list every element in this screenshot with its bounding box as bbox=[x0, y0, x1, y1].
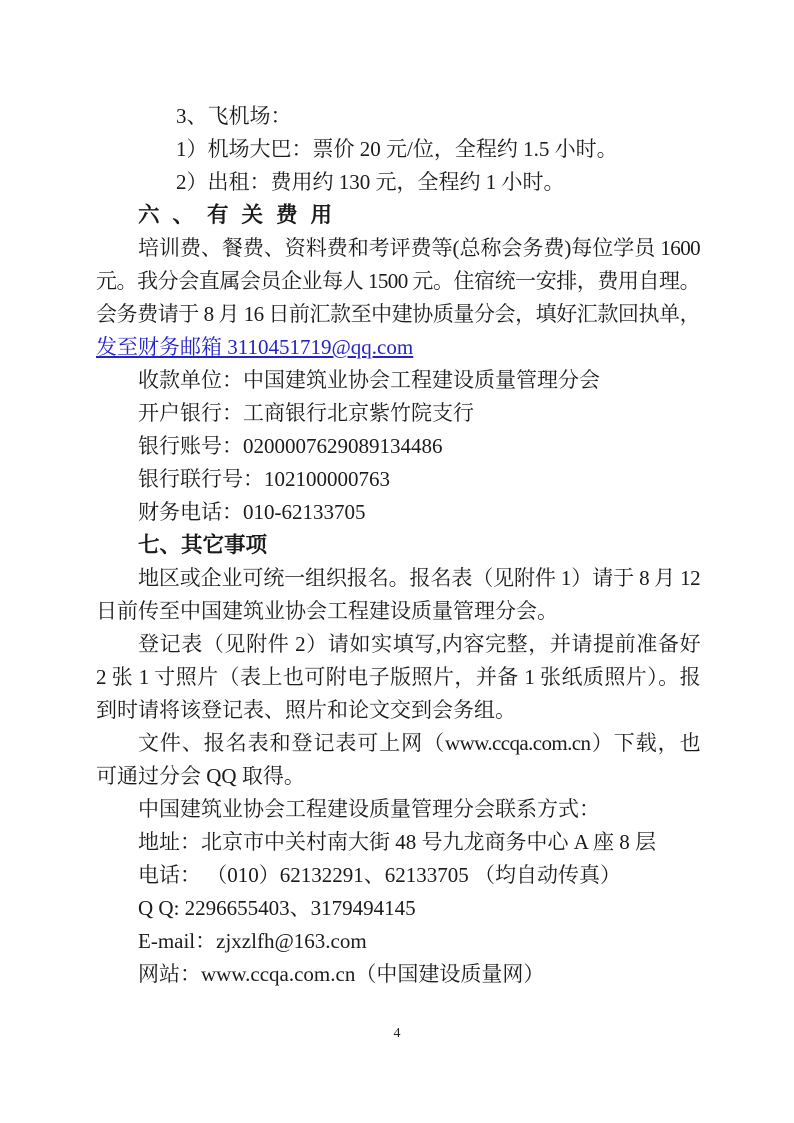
document-page: 3、飞机场： 1）机场大巴：票价 20 元/位，全程约 1.5 小时。 2）出租… bbox=[0, 0, 794, 1123]
bank-line: 开户银行：工商银行北京紫竹院支行 bbox=[96, 397, 700, 430]
registration-line-2: 日前传至中国建筑业协会工程建设质量管理分会。 bbox=[96, 595, 700, 628]
email-line: E-mail：zjxzlfh@163.com bbox=[96, 925, 700, 958]
page-number: 4 bbox=[0, 1024, 794, 1044]
download-line-1: 文件、报名表和登记表可上网（www.ccqa.com.cn）下载，也 bbox=[96, 727, 700, 760]
document-body: 3、飞机场： 1）机场大巴：票价 20 元/位，全程约 1.5 小时。 2）出租… bbox=[96, 100, 700, 991]
address-line: 地址：北京市中关村南大街 48 号九龙商务中心 A 座 8 层 bbox=[96, 826, 700, 859]
qq-line: Q Q: 2296655403、3179494145 bbox=[96, 892, 700, 925]
phone-line: 电话： （010）62132291、62133705 （均自动传真） bbox=[96, 859, 700, 892]
bank-code-line: 银行联行号：102100000763 bbox=[96, 463, 700, 496]
download-line-2: 可通过分会 QQ 取得。 bbox=[96, 760, 700, 793]
account-number-line: 银行账号：0200007629089134486 bbox=[96, 430, 700, 463]
fees-line-3: 会务费请于 8 月 16 日前汇款至中建协质量分会，填好汇款回执单， bbox=[96, 298, 700, 331]
form-line-1: 登记表（见附件 2）请如实填写,内容完整，并请提前准备好 bbox=[96, 628, 700, 661]
fees-line-2: 元。我分会直属会员企业每人 1500 元。住宿统一安排，费用自理。 bbox=[96, 265, 700, 298]
section-heading-other: 七、其它事项 bbox=[96, 529, 700, 562]
fees-line-1: 培训费、餐费、资料费和考评费等(总称会务费)每位学员 1600 bbox=[96, 232, 700, 265]
form-line-3: 到时请将该登记表、照片和论文交到会务组。 bbox=[96, 694, 700, 727]
airport-bus-line: 1）机场大巴：票价 20 元/位，全程约 1.5 小时。 bbox=[96, 133, 700, 166]
finance-phone-line: 财务电话：010-62133705 bbox=[96, 496, 700, 529]
airport-taxi-line: 2）出租：费用约 130 元，全程约 1 小时。 bbox=[96, 166, 700, 199]
payee-line: 收款单位：中国建筑业协会工程建设质量管理分会 bbox=[96, 364, 700, 397]
airport-heading-line: 3、飞机场： bbox=[96, 100, 700, 133]
registration-line-1: 地区或企业可统一组织报名。报名表（见附件 1）请于 8 月 12 bbox=[96, 562, 700, 595]
finance-email-link[interactable]: 发至财务邮箱 3110451719@qq.com bbox=[96, 335, 413, 359]
section-heading-fees: 六、有关费用 bbox=[96, 199, 700, 232]
contact-heading-line: 中国建筑业协会工程建设质量管理分会联系方式： bbox=[96, 793, 700, 826]
website-line: 网站：www.ccqa.com.cn（中国建设质量网） bbox=[96, 958, 700, 991]
fees-line-4: 发至财务邮箱 3110451719@qq.com bbox=[96, 331, 700, 364]
form-line-2: 2 张 1 寸照片（表上也可附电子版照片，并备 1 张纸质照片）。报 bbox=[96, 661, 700, 694]
